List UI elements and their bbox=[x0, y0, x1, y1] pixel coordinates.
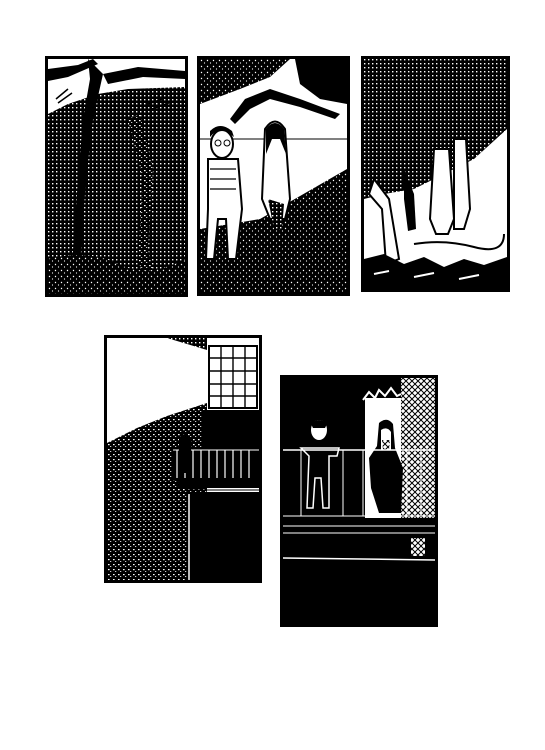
panel-two-figures-walking bbox=[197, 56, 350, 296]
panel-two-figures-walking-art bbox=[200, 59, 347, 293]
panel-dark-forest-art bbox=[48, 59, 185, 294]
panel-under-canopy-art bbox=[364, 59, 507, 289]
panel-dark-forest bbox=[45, 56, 188, 297]
panel-under-canopy bbox=[361, 56, 510, 292]
panel-building-balcony-art bbox=[107, 338, 259, 580]
panel-night-balcony-art bbox=[283, 378, 435, 624]
panel-building-balcony bbox=[104, 335, 262, 583]
panel-night-balcony bbox=[280, 375, 438, 627]
